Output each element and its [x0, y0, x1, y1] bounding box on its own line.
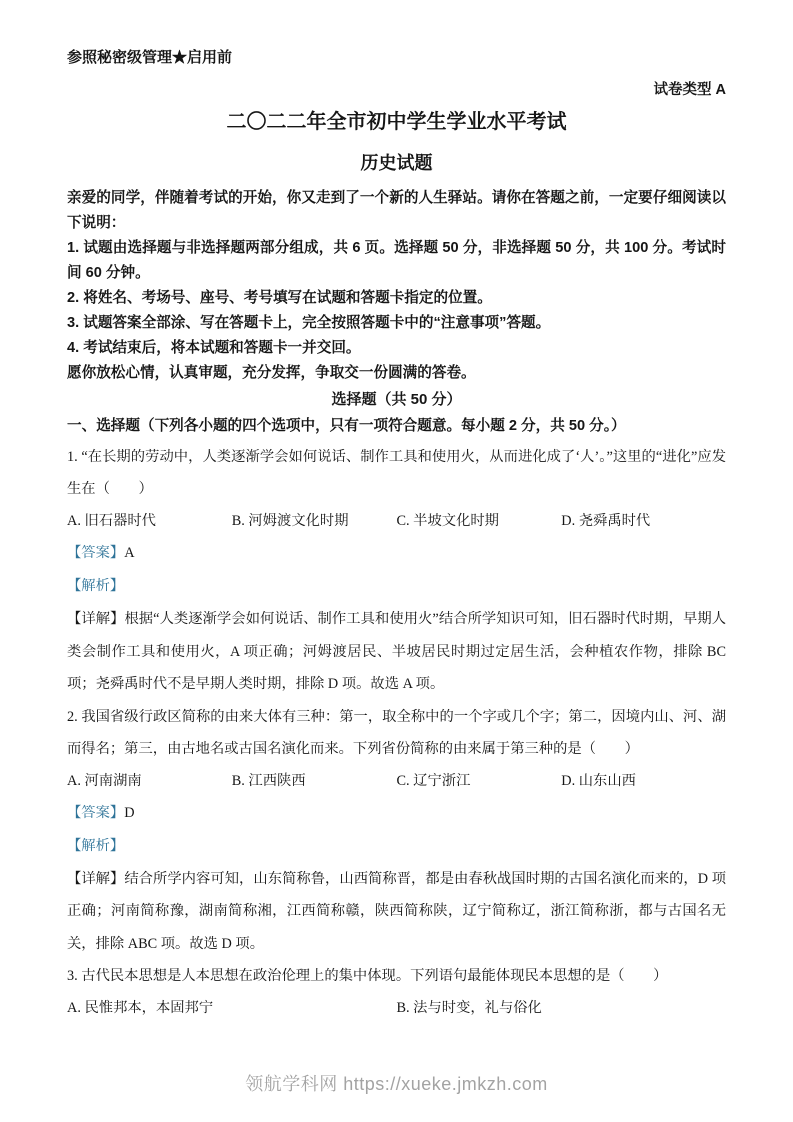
answer-option: C. 辽宁浙江	[397, 765, 562, 797]
question-stem: 2. 我国省级行政区简称的由来大体有三种：第一，取全称中的一个字或几个字；第二，…	[67, 701, 726, 765]
instruction-item: 4. 考试结束后，将本试题和答题卡一并交回。	[67, 336, 726, 361]
exam-subtitle: 历史试题	[67, 150, 726, 176]
analysis-label: 【解析】	[67, 570, 726, 603]
answer-option: B. 江西陕西	[232, 765, 397, 797]
answer-option: D. 尧舜禹时代	[561, 505, 726, 537]
paper-type-label: 试卷类型 A	[67, 80, 726, 100]
instruction-items: 1. 试题由选择题与非选择题两部分组成，共 6 页。选择题 50 分，非选择题 …	[67, 236, 726, 361]
answer-value: D	[124, 805, 134, 821]
analysis-label: 【解析】	[67, 830, 726, 863]
question-block: 1. “在长期的劳动中，人类逐渐学会如何说话、制作工具和使用火，从而进化成了‘人…	[67, 441, 726, 701]
security-notice: 参照秘密级管理★启用前	[67, 48, 726, 68]
answer-line: 【答案】D	[67, 797, 726, 830]
exam-document-page: 参照秘密级管理★启用前 试卷类型 A 二〇二二年全市初中学生学业水平考试 历史试…	[0, 0, 793, 1122]
section-directions: 一、选择题（下列各小题的四个选项中，只有一项符合题意。每小题 2 分，共 50 …	[67, 413, 726, 439]
section-heading: 选择题（共 50 分）	[67, 387, 726, 413]
answer-option: B. 法与时变，礼与俗化	[397, 992, 727, 1024]
answer-line: 【答案】A	[67, 537, 726, 570]
answer-option: A. 河南湖南	[67, 765, 232, 797]
question-stem: 3. 古代民本思想是人本思想在政治伦理上的集中体现。下列语句最能体现民本思想的是…	[67, 960, 726, 992]
instruction-item: 2. 将姓名、考场号、座号、考号填写在试题和答题卡指定的位置。	[67, 286, 726, 311]
watermark-site-link: 领航学科网 https://xueke.jmkzh.com	[0, 1070, 793, 1096]
question-block: 3. 古代民本思想是人本思想在政治伦理上的集中体现。下列语句最能体现民本思想的是…	[67, 960, 726, 1024]
answer-option: A. 旧石器时代	[67, 505, 232, 537]
answer-value: A	[124, 545, 134, 561]
answer-label: 【答案】	[67, 545, 124, 561]
answer-option: C. 半坡文化时期	[397, 505, 562, 537]
instructions-block: 亲爱的同学，伴随着考试的开始，你又走到了一个新的人生驿站。请你在答题之前，一定要…	[67, 186, 726, 386]
answer-option: A. 民惟邦本，本固邦宁	[67, 992, 397, 1024]
options-row: A. 旧石器时代B. 河姆渡文化时期C. 半坡文化时期D. 尧舜禹时代	[67, 505, 726, 537]
question-explanation: 【详解】根据“人类逐渐学会如何说话、制作工具和使用火”结合所学知识可知，旧石器时…	[67, 603, 726, 701]
exam-title: 二〇二二年全市初中学生学业水平考试	[67, 108, 726, 136]
options-row: A. 民惟邦本，本固邦宁B. 法与时变，礼与俗化	[67, 992, 726, 1024]
options-row: A. 河南湖南B. 江西陕西C. 辽宁浙江D. 山东山西	[67, 765, 726, 797]
questions-list: 1. “在长期的劳动中，人类逐渐学会如何说话、制作工具和使用火，从而进化成了‘人…	[67, 441, 726, 1024]
instruction-item: 1. 试题由选择题与非选择题两部分组成，共 6 页。选择题 50 分，非选择题 …	[67, 236, 726, 286]
question-explanation: 【详解】结合所学内容可知，山东简称鲁，山西简称晋，都是由春秋战国时期的古国名演化…	[67, 863, 726, 961]
instructions-intro: 亲爱的同学，伴随着考试的开始，你又走到了一个新的人生驿站。请你在答题之前，一定要…	[67, 186, 726, 236]
question-block: 2. 我国省级行政区简称的由来大体有三种：第一，取全称中的一个字或几个字；第二，…	[67, 701, 726, 961]
instruction-item: 3. 试题答案全部涂、写在答题卡上，完全按照答题卡中的“注意事项”答题。	[67, 311, 726, 336]
question-stem: 1. “在长期的劳动中，人类逐渐学会如何说话、制作工具和使用火，从而进化成了‘人…	[67, 441, 726, 505]
answer-option: B. 河姆渡文化时期	[232, 505, 397, 537]
answer-label: 【答案】	[67, 805, 124, 821]
answer-option: D. 山东山西	[561, 765, 726, 797]
instructions-wish: 愿你放松心情，认真审题，充分发挥，争取交一份圆满的答卷。	[67, 361, 726, 386]
